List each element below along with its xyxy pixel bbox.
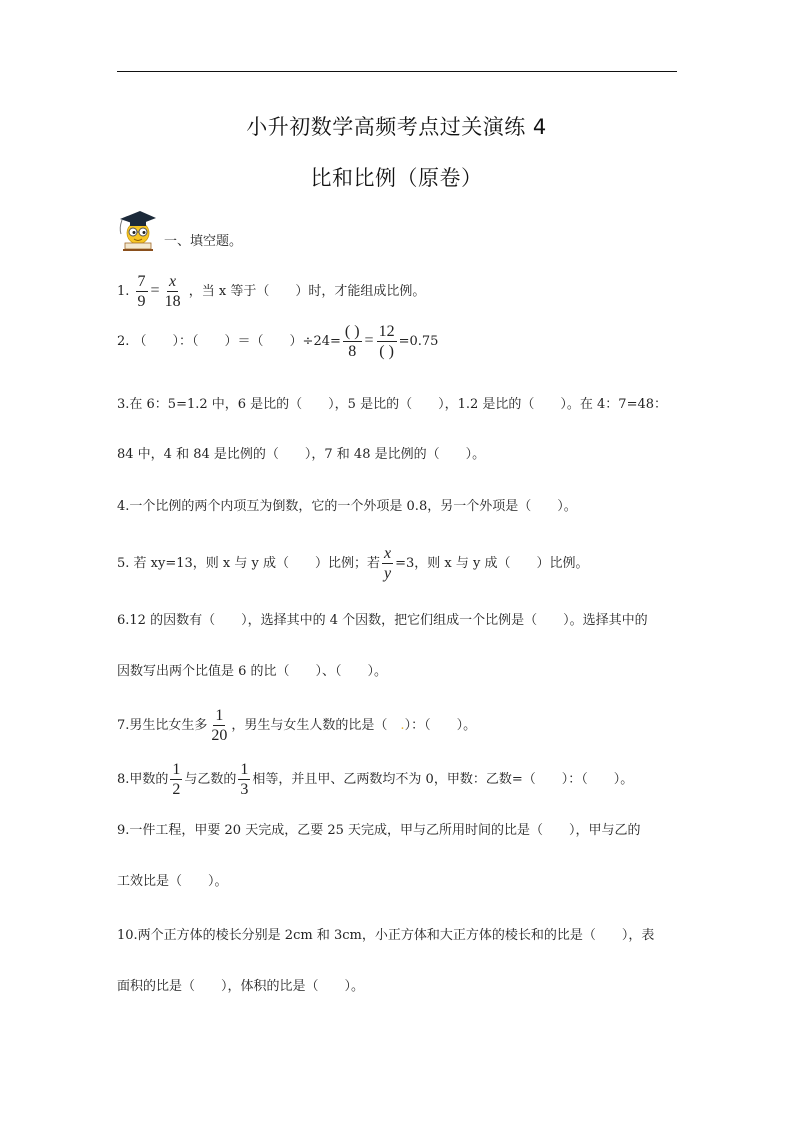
question-3-line-1: 3.在 6：5=1.2 中，6 是比的（ ），5 是比的（ ），1.2 是比的（…	[117, 395, 667, 415]
question-text: ，当 x 等于（ ）时，才能组成比例。	[189, 284, 426, 299]
page-title: 小升初数学高频考点过关演练 4	[0, 111, 793, 141]
section-label: 一、填空题。	[164, 230, 242, 249]
question-number: 2.	[117, 334, 129, 349]
equals-sign: =	[365, 332, 374, 349]
fraction: x y	[382, 544, 393, 583]
fraction: ( ) 8	[343, 322, 362, 361]
question-text: （ ）：（ ）＝（ ）÷24=	[134, 334, 341, 349]
question-8: 8.甲数的 1 2 与乙数的 1 3 相等，并且甲、乙两数均不为 0，甲数：乙数…	[117, 760, 633, 799]
question-6-line-1: 6.12 的因数有（ ），选择其中的 4 个因数，把它们组成一个比例是（ ）。选…	[117, 611, 648, 631]
question-text: 8.甲数的	[117, 772, 168, 787]
equals-sign: =	[151, 282, 160, 299]
question-text: =0.75	[399, 334, 439, 349]
question-3-line-2: 84 中，4 和 84 是比例的（ ），7 和 48 是比例的（ ）。	[117, 445, 485, 465]
question-1: 1. 7 9 = x 18 ，当 x 等于（ ）时，才能组成比例。	[117, 272, 425, 311]
question-10-line-2: 面积的比是（ ），体积的比是（ ）。	[117, 977, 364, 997]
fraction: 1 2	[170, 760, 182, 799]
question-2: 2. （ ）：（ ）＝（ ）÷24= ( ) 8 = 12 ( ) =0.75	[117, 322, 438, 361]
section-header: 一、填空题。	[116, 206, 242, 252]
question-text: =3，则 x 与 y 成（ ）比例。	[395, 556, 588, 571]
question-text: 与乙数的	[184, 772, 236, 787]
question-number: 1.	[117, 284, 129, 299]
question-6-line-2: 因数写出两个比值是 6 的比（ ）、（ ）。	[117, 662, 387, 682]
question-4: 4.一个比例的两个内项互为倒数，它的一个外项是 0.8，另一个外项是（ ）。	[117, 497, 577, 517]
question-text: 相等，并且甲、乙两数均不为 0，甲数：乙数=（ ）：（ ）。	[252, 772, 633, 787]
graduate-mascot-icon	[116, 206, 162, 252]
header-rule	[117, 71, 677, 72]
fraction: 1 3	[238, 760, 250, 799]
fraction: 7 9	[136, 272, 148, 311]
question-7: 7.男生比女生多 1 20 ，男生与女生人数的比是（ .）：（ ）。	[117, 706, 476, 745]
page-subtitle: 比和比例（原卷）	[0, 162, 793, 192]
fraction: 1 20	[209, 706, 229, 745]
question-5: 5. 若 xy=13，则 x 与 y 成（ ）比例；若 x y =3，则 x 与…	[117, 544, 588, 583]
fraction: x 18	[163, 272, 183, 311]
question-9-line-2: 工效比是（ ）。	[117, 872, 228, 892]
question-text: 7.男生比女生多	[117, 718, 207, 733]
question-text: 5. 若 xy=13，则 x 与 y 成（ ）比例；若	[117, 556, 380, 571]
question-text: ，男生与女生人数的比是（	[231, 718, 400, 733]
question-9-line-1: 9.一件工程，甲要 20 天完成，乙要 25 天完成，甲与乙所用时间的比是（ ）…	[117, 821, 641, 841]
question-text: ）：（ ）。	[405, 718, 477, 733]
question-10-line-1: 10.两个正方体的棱长分别是 2cm 和 3cm，小正方体和大正方体的棱长和的比…	[117, 926, 654, 946]
fraction: 12 ( )	[377, 322, 397, 361]
